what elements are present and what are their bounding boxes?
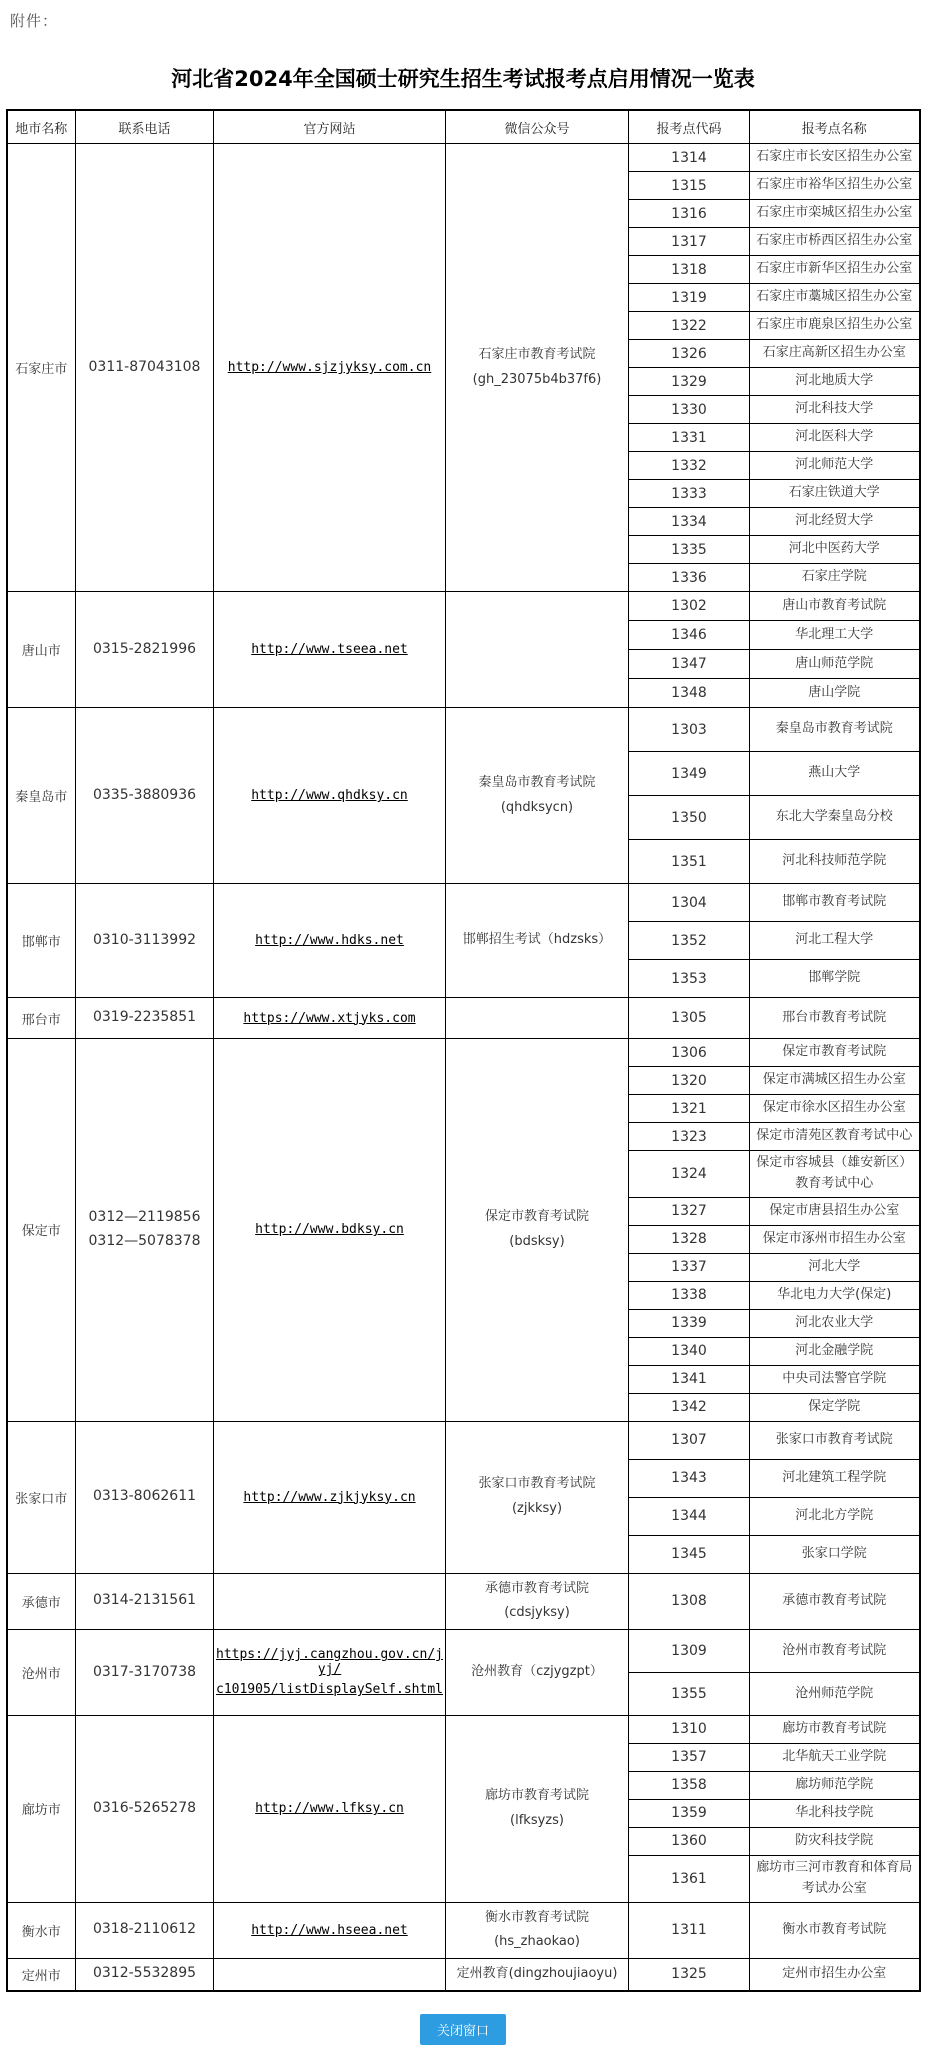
point-name-cell: 石家庄市桥西区招生办公室 [750,228,920,256]
point-code-cell: 1323 [629,1123,750,1151]
point-code-cell: 1317 [629,228,750,256]
point-name-cell: 石家庄市藁城区招生办公室 [750,284,920,312]
point-code-cell: 1337 [629,1253,750,1281]
phone-number: 0314-2131561 [78,1589,211,1613]
column-header: 联系电话 [76,110,214,144]
website-cell: http://www.sjzjyksy.com.cn [214,144,446,592]
point-code-cell: 1328 [629,1225,750,1253]
point-code-cell: 1311 [629,1902,750,1958]
city-name-cell: 保定市 [7,1039,76,1422]
point-name-cell: 河北地质大学 [750,368,920,396]
point-name-cell: 河北科技大学 [750,396,920,424]
table-row: 沧州市0317-3170738https://jyj.cangzhou.gov.… [7,1629,920,1672]
wechat-cell: 沧州教育（czjygzpt） [446,1629,629,1715]
table-row: 石家庄市0311-87043108http://www.sjzjyksy.com… [7,144,920,172]
column-header: 报考点代码 [629,110,750,144]
point-name-cell: 东北大学秦皇岛分校 [750,796,920,840]
wechat-account: (hs_zhaokao) [448,1930,626,1955]
point-code-cell: 1342 [629,1393,750,1421]
point-name-cell: 华北理工大学 [750,621,920,650]
table-row: 邢台市0319-2235851https://www.xtjyks.com130… [7,998,920,1039]
point-name-cell: 保定市清苑区教育考试中心 [750,1123,920,1151]
website-link[interactable]: c101905/listDisplaySelf.shtml [216,1682,443,1697]
phone-cell: 0317-3170738 [76,1629,214,1715]
city-name-cell: 张家口市 [7,1421,76,1573]
point-name-cell: 唐山学院 [750,679,920,708]
point-name-cell: 张家口学院 [750,1535,920,1573]
website-link[interactable]: http://www.bdksy.cn [216,1222,443,1237]
website-link[interactable]: http://www.hdks.net [216,933,443,948]
wechat-account: (bdsksy) [448,1230,626,1255]
point-code-cell: 1333 [629,480,750,508]
wechat-cell [446,592,629,708]
column-header: 官方网站 [214,110,446,144]
page-title: 河北省2024年全国硕士研究生招生考试报考点启用情况一览表 [0,63,926,93]
wechat-account: (cdsjyksy) [448,1601,626,1626]
point-code-cell: 1319 [629,284,750,312]
point-code-cell: 1326 [629,340,750,368]
website-cell [214,1958,446,1990]
wechat-cell: 廊坊市教育考试院(lfksyzs) [446,1715,629,1902]
phone-cell: 0335-3880936 [76,708,214,884]
city-name-cell: 石家庄市 [7,144,76,592]
wechat-account: (lfksyzs) [448,1809,626,1834]
wechat-account: 石家庄市教育考试院 [448,343,626,368]
phone-number: 0312-5532895 [78,1962,211,1986]
point-code-cell: 1332 [629,452,750,480]
point-code-cell: 1359 [629,1799,750,1827]
point-name-cell: 河北中医药大学 [750,536,920,564]
phone-number: 0312—2119856 [78,1206,211,1230]
website-cell: http://www.hseea.net [214,1902,446,1958]
website-link[interactable]: http://www.zjkjyksy.cn [216,1490,443,1505]
point-name-cell: 河北农业大学 [750,1309,920,1337]
wechat-cell: 定州教育(dingzhoujiaoyu) [446,1958,629,1990]
point-name-cell: 石家庄市裕华区招生办公室 [750,172,920,200]
phone-cell: 0316-5265278 [76,1715,214,1902]
point-code-cell: 1350 [629,796,750,840]
point-name-cell: 河北医科大学 [750,424,920,452]
point-code-cell: 1361 [629,1855,750,1902]
point-code-cell: 1357 [629,1743,750,1771]
wechat-cell: 秦皇岛市教育考试院(qhdksycn) [446,708,629,884]
point-name-cell: 中央司法警官学院 [750,1365,920,1393]
wechat-cell [446,998,629,1039]
wechat-cell: 衡水市教育考试院(hs_zhaokao) [446,1902,629,1958]
website-link[interactable]: http://www.hseea.net [216,1923,443,1938]
button-area: 关闭窗口 [0,2014,926,2045]
registration-points-table: 地市名称联系电话官方网站微信公众号报考点代码报考点名称 石家庄市0311-870… [6,109,921,1992]
point-name-cell: 廊坊市教育考试院 [750,1715,920,1743]
close-window-button[interactable]: 关闭窗口 [420,2014,506,2045]
website-cell: https://jyj.cangzhou.gov.cn/jyj/c101905/… [214,1629,446,1715]
point-code-cell: 1346 [629,621,750,650]
phone-number: 0315-2821996 [78,638,211,662]
point-code-cell: 1335 [629,536,750,564]
city-name-cell: 邢台市 [7,998,76,1039]
city-name-cell: 邯郸市 [7,884,76,998]
point-code-cell: 1344 [629,1497,750,1535]
point-name-cell: 北华航天工业学院 [750,1743,920,1771]
point-name-cell: 防灾科技学院 [750,1827,920,1855]
point-name-cell: 河北金融学院 [750,1337,920,1365]
column-header: 微信公众号 [446,110,629,144]
point-code-cell: 1348 [629,679,750,708]
point-code-cell: 1339 [629,1309,750,1337]
point-name-cell: 保定市容城县（雄安新区）教育考试中心 [750,1151,920,1198]
phone-cell: 0312-5532895 [76,1958,214,1990]
website-cell: http://www.hdks.net [214,884,446,998]
point-name-cell: 廊坊市三河市教育和体育局考试办公室 [750,1855,920,1902]
point-name-cell: 唐山市教育考试院 [750,592,920,621]
city-name-cell: 秦皇岛市 [7,708,76,884]
wechat-account: 邯郸招生考试（hdzsks） [448,928,626,953]
point-code-cell: 1331 [629,424,750,452]
wechat-account: (gh_23075b4b37f6) [448,368,626,393]
point-code-cell: 1305 [629,998,750,1039]
website-link[interactable]: http://www.tseea.net [216,642,443,657]
website-cell: http://www.tseea.net [214,592,446,708]
city-name-cell: 衡水市 [7,1902,76,1958]
point-code-cell: 1343 [629,1459,750,1497]
table-row: 衡水市0318-2110612http://www.hseea.net衡水市教育… [7,1902,920,1958]
point-code-cell: 1340 [629,1337,750,1365]
city-name-cell: 沧州市 [7,1629,76,1715]
point-code-cell: 1322 [629,312,750,340]
header-row: 地市名称联系电话官方网站微信公众号报考点代码报考点名称 [7,110,920,144]
website-cell: http://www.zjkjyksy.cn [214,1421,446,1573]
wechat-account: 沧州教育（czjygzpt） [448,1660,626,1685]
point-name-cell: 河北工程大学 [750,922,920,960]
point-name-cell: 邯郸市教育考试院 [750,884,920,922]
point-code-cell: 1351 [629,840,750,884]
website-cell: http://www.qhdksy.cn [214,708,446,884]
point-name-cell: 华北科技学院 [750,1799,920,1827]
wechat-cell: 保定市教育考试院(bdsksy) [446,1039,629,1422]
phone-number: 0313-8062611 [78,1485,211,1509]
point-code-cell: 1315 [629,172,750,200]
point-code-cell: 1324 [629,1151,750,1198]
table-row: 保定市0312—21198560312—5078378http://www.bd… [7,1039,920,1067]
point-name-cell: 河北建筑工程学院 [750,1459,920,1497]
point-code-cell: 1304 [629,884,750,922]
table-row: 邯郸市0310-3113992http://www.hdks.net邯郸招生考试… [7,884,920,922]
point-name-cell: 保定市满城区招生办公室 [750,1067,920,1095]
city-name-cell: 唐山市 [7,592,76,708]
point-code-cell: 1303 [629,708,750,752]
phone-cell: 0313-8062611 [76,1421,214,1573]
wechat-account: (zjkksy) [448,1497,626,1522]
point-name-cell: 保定市教育考试院 [750,1039,920,1067]
point-code-cell: 1358 [629,1771,750,1799]
wechat-cell: 承德市教育考试院(cdsjyksy) [446,1573,629,1629]
point-name-cell: 燕山大学 [750,752,920,796]
point-code-cell: 1309 [629,1629,750,1672]
phone-cell: 0319-2235851 [76,998,214,1039]
wechat-cell: 石家庄市教育考试院(gh_23075b4b37f6) [446,144,629,592]
point-name-cell: 定州市招生办公室 [750,1958,920,1990]
website-link[interactable]: https://jyj.cangzhou.gov.cn/jyj/ [216,1647,443,1677]
point-code-cell: 1320 [629,1067,750,1095]
phone-cell: 0315-2821996 [76,592,214,708]
point-name-cell: 华北电力大学(保定) [750,1281,920,1309]
point-name-cell: 保定市涿州市招生办公室 [750,1225,920,1253]
table-row: 张家口市0313-8062611http://www.zjkjyksy.cn张家… [7,1421,920,1459]
point-code-cell: 1330 [629,396,750,424]
point-code-cell: 1336 [629,564,750,592]
phone-cell: 0311-87043108 [76,144,214,592]
point-code-cell: 1349 [629,752,750,796]
city-name-cell: 承德市 [7,1573,76,1629]
phone-number: 0318-2110612 [78,1918,211,1942]
wechat-account: (qhdksycn) [448,796,626,821]
point-name-cell: 石家庄市鹿泉区招生办公室 [750,312,920,340]
phone-cell: 0310-3113992 [76,884,214,998]
point-code-cell: 1316 [629,200,750,228]
point-name-cell: 沧州市教育考试院 [750,1629,920,1672]
point-name-cell: 衡水市教育考试院 [750,1902,920,1958]
attachment-label: 附件： [0,0,926,31]
phone-number: 0317-3170738 [78,1661,211,1685]
point-code-cell: 1318 [629,256,750,284]
point-name-cell: 保定学院 [750,1393,920,1421]
wechat-account: 保定市教育考试院 [448,1205,626,1230]
point-code-cell: 1308 [629,1573,750,1629]
point-name-cell: 张家口市教育考试院 [750,1421,920,1459]
point-name-cell: 秦皇岛市教育考试院 [750,708,920,752]
point-name-cell: 石家庄市长安区招生办公室 [750,144,920,172]
city-name-cell: 廊坊市 [7,1715,76,1902]
table-row: 廊坊市0316-5265278http://www.lfksy.cn廊坊市教育考… [7,1715,920,1743]
website-link[interactable]: http://www.lfksy.cn [216,1801,443,1816]
point-name-cell: 邢台市教育考试院 [750,998,920,1039]
wechat-account: 承德市教育考试院 [448,1577,626,1602]
point-code-cell: 1321 [629,1095,750,1123]
website-link[interactable]: http://www.sjzjyksy.com.cn [216,360,443,375]
point-name-cell: 石家庄铁道大学 [750,480,920,508]
phone-number: 0312—5078378 [78,1230,211,1254]
point-name-cell: 沧州师范学院 [750,1672,920,1715]
column-header: 地市名称 [7,110,76,144]
point-code-cell: 1325 [629,1958,750,1990]
website-cell: https://www.xtjyks.com [214,998,446,1039]
point-name-cell: 河北北方学院 [750,1497,920,1535]
phone-number: 0335-3880936 [78,784,211,808]
point-name-cell: 廊坊师范学院 [750,1771,920,1799]
point-name-cell: 河北师范大学 [750,452,920,480]
point-name-cell: 石家庄学院 [750,564,920,592]
point-name-cell: 河北科技师范学院 [750,840,920,884]
point-code-cell: 1355 [629,1672,750,1715]
website-cell: http://www.lfksy.cn [214,1715,446,1902]
website-cell [214,1573,446,1629]
wechat-account: 张家口市教育考试院 [448,1472,626,1497]
point-name-cell: 唐山师范学院 [750,650,920,679]
wechat-account: 廊坊市教育考试院 [448,1784,626,1809]
website-cell: http://www.bdksy.cn [214,1039,446,1422]
point-code-cell: 1307 [629,1421,750,1459]
point-code-cell: 1302 [629,592,750,621]
page: 附件： 河北省2024年全国硕士研究生招生考试报考点启用情况一览表 地市名称联系… [0,0,926,2045]
table-row: 承德市0314-2131561承德市教育考试院(cdsjyksy)1308承德市… [7,1573,920,1629]
wechat-cell: 张家口市教育考试院(zjkksy) [446,1421,629,1573]
point-code-cell: 1338 [629,1281,750,1309]
point-name-cell: 河北大学 [750,1253,920,1281]
website-link[interactable]: https://www.xtjyks.com [216,1011,443,1026]
point-code-cell: 1327 [629,1197,750,1225]
point-code-cell: 1352 [629,922,750,960]
point-code-cell: 1353 [629,960,750,998]
phone-cell: 0312—21198560312—5078378 [76,1039,214,1422]
point-code-cell: 1345 [629,1535,750,1573]
point-code-cell: 1341 [629,1365,750,1393]
wechat-account: 衡水市教育考试院 [448,1906,626,1931]
website-link[interactable]: http://www.qhdksy.cn [216,788,443,803]
point-code-cell: 1360 [629,1827,750,1855]
point-code-cell: 1314 [629,144,750,172]
point-code-cell: 1347 [629,650,750,679]
phone-cell: 0318-2110612 [76,1902,214,1958]
point-code-cell: 1334 [629,508,750,536]
point-name-cell: 河北经贸大学 [750,508,920,536]
point-name-cell: 保定市徐水区招生办公室 [750,1095,920,1123]
point-name-cell: 邯郸学院 [750,960,920,998]
point-code-cell: 1310 [629,1715,750,1743]
table-row: 秦皇岛市0335-3880936http://www.qhdksy.cn秦皇岛市… [7,708,920,752]
table-row: 定州市0312-5532895定州教育(dingzhoujiaoyu)1325定… [7,1958,920,1990]
point-name-cell: 承德市教育考试院 [750,1573,920,1629]
point-name-cell: 石家庄市栾城区招生办公室 [750,200,920,228]
phone-number: 0316-5265278 [78,1797,211,1821]
wechat-cell: 邯郸招生考试（hdzsks） [446,884,629,998]
point-code-cell: 1329 [629,368,750,396]
phone-number: 0310-3113992 [78,929,211,953]
column-header: 报考点名称 [750,110,920,144]
point-name-cell: 石家庄高新区招生办公室 [750,340,920,368]
wechat-account: 秦皇岛市教育考试院 [448,771,626,796]
phone-number: 0319-2235851 [78,1006,211,1030]
wechat-account: 定州教育(dingzhoujiaoyu) [448,1962,626,1987]
point-name-cell: 石家庄市新华区招生办公室 [750,256,920,284]
city-name-cell: 定州市 [7,1958,76,1990]
phone-cell: 0314-2131561 [76,1573,214,1629]
table-row: 唐山市0315-2821996http://www.tseea.net1302唐… [7,592,920,621]
phone-number: 0311-87043108 [78,356,211,380]
point-name-cell: 保定市唐县招生办公室 [750,1197,920,1225]
point-code-cell: 1306 [629,1039,750,1067]
